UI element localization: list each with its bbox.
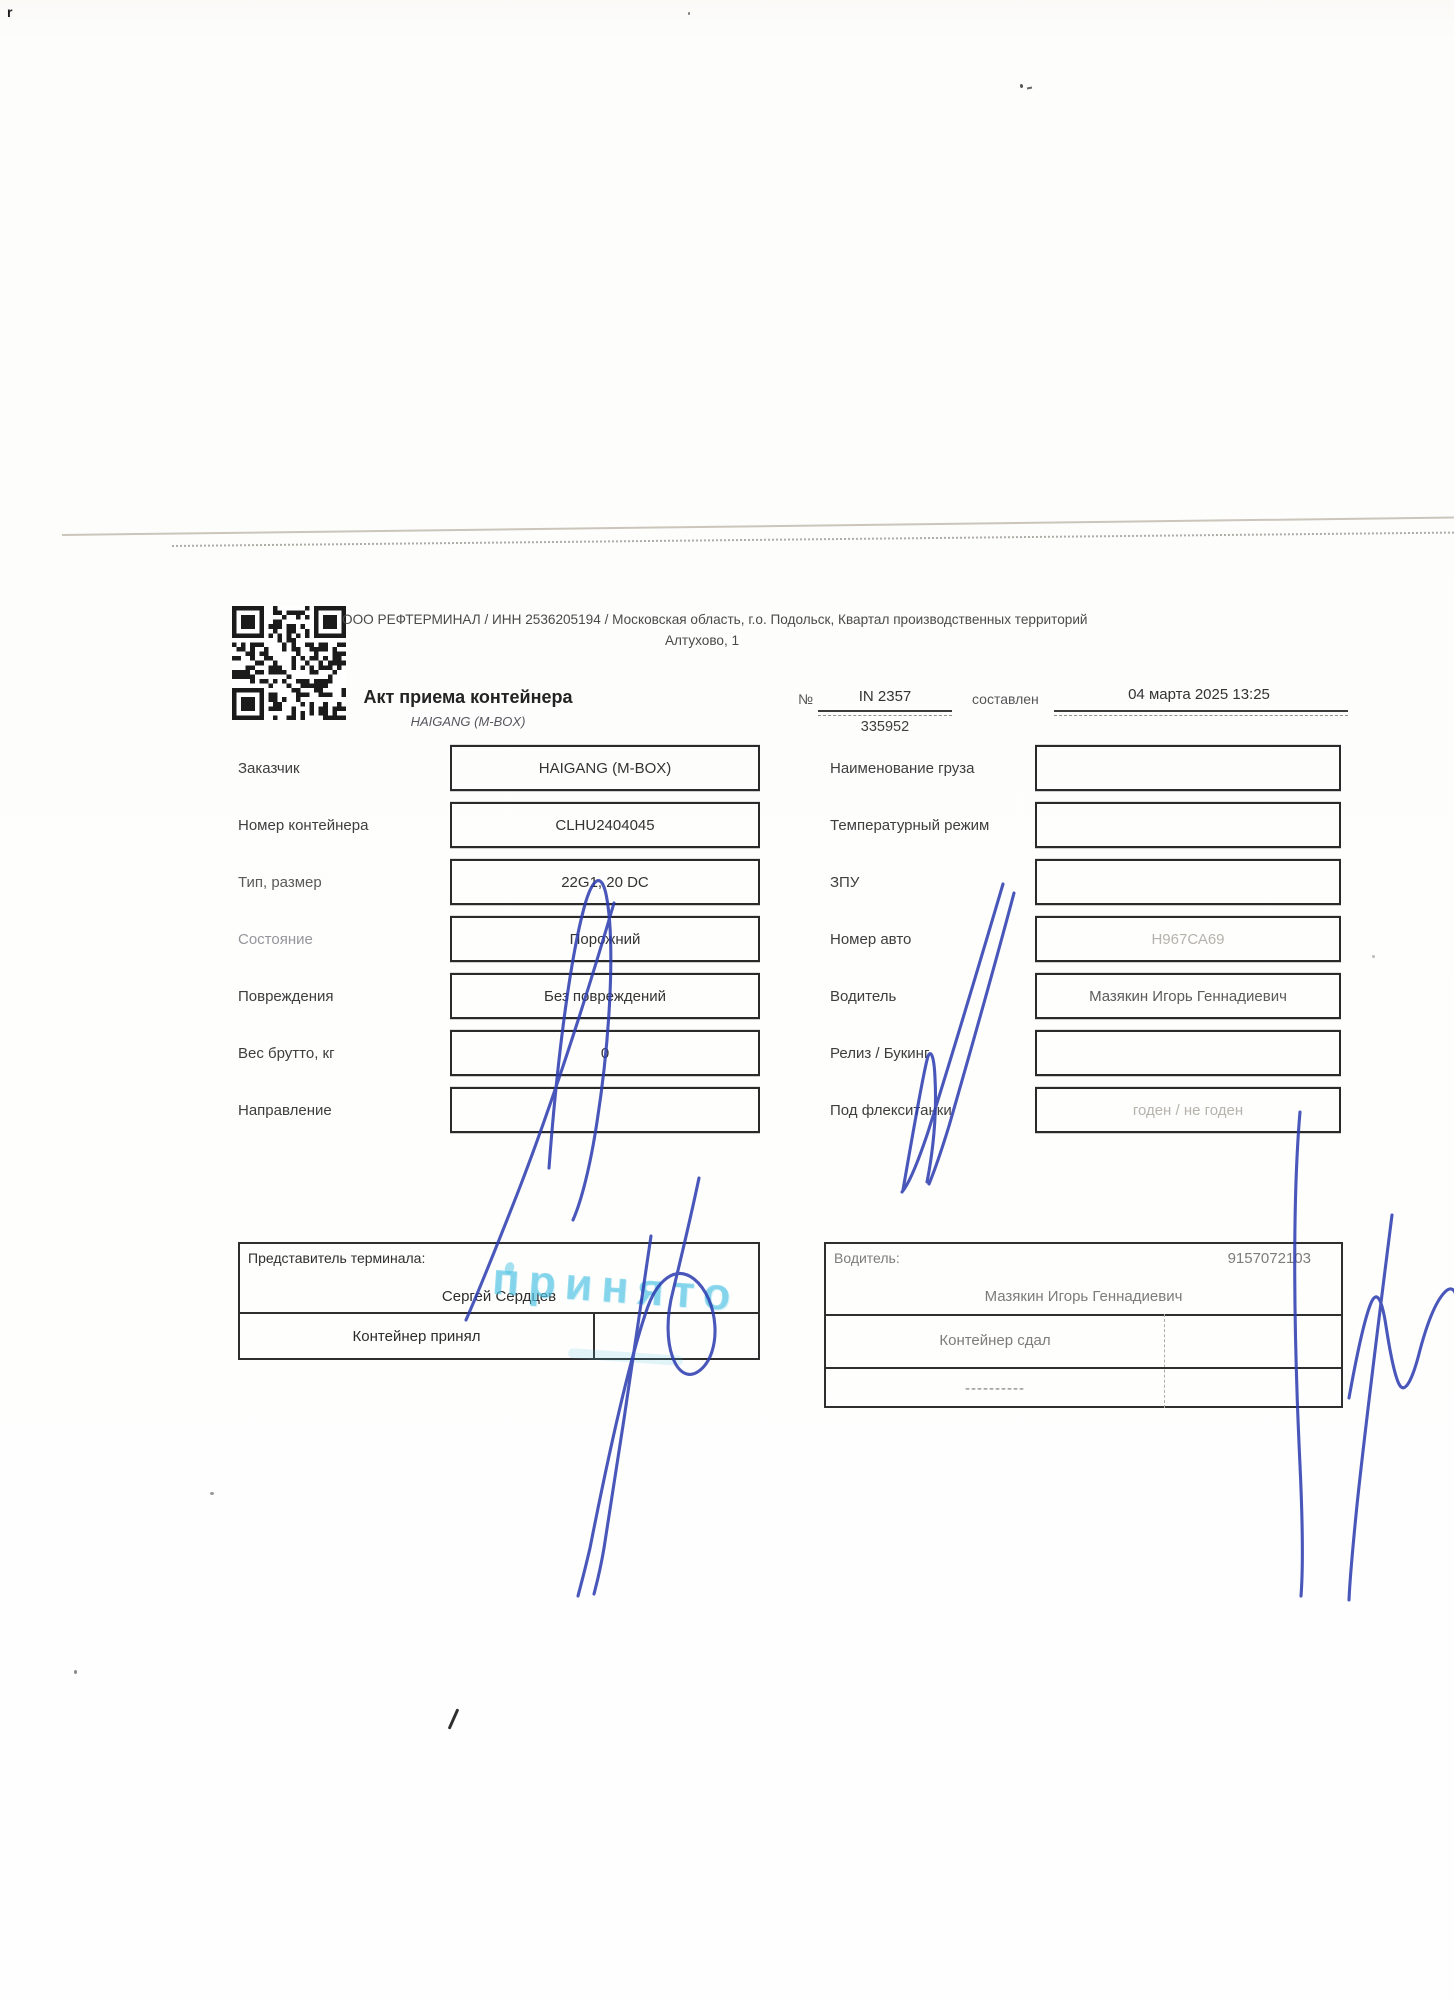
driver-title: Водитель: [834, 1250, 900, 1266]
pen-stray-mark [448, 1708, 460, 1729]
label-damages: Повреждения [238, 973, 334, 1019]
value-box-temperature-mode [1035, 802, 1341, 848]
value-flexitank: годен / не годен [1133, 1102, 1243, 1119]
value-box-release-booking [1035, 1030, 1341, 1076]
composed-label: составлен [972, 691, 1039, 707]
value-box-cargo-name [1035, 745, 1341, 791]
document-number-label: № [798, 691, 813, 707]
value-truck-number: Н967СА69 [1151, 931, 1224, 948]
scan-speck [74, 1670, 77, 1674]
driver-signature-table: Водитель: 9157072103 Мазякин Игорь Генна… [824, 1242, 1343, 1408]
value-box-seal [1035, 859, 1341, 905]
value-box-driver: Мазякин Игорь Геннадиевич [1035, 973, 1341, 1019]
label-gross-weight: Вес брутто, кг [238, 1030, 335, 1076]
table-divider-dashed [1164, 1314, 1165, 1408]
document-number-value: IN 2357 [822, 688, 948, 705]
label-driver: Водитель [830, 973, 896, 1019]
value-box-type-size: 22G1, 20 DC [450, 859, 760, 905]
label-release-booking: Релиз / Букинг [830, 1030, 929, 1076]
label-type-size: Тип, размер [238, 859, 322, 905]
container-handed-cell: Контейнер сдал [826, 1316, 1164, 1365]
terminal-signature-stroke [578, 1178, 715, 1596]
driver-signature-stroke [1349, 1215, 1392, 1600]
composed-date-underline [1054, 710, 1348, 716]
scanned-document: r ООО РЕФТЕРМИНАЛ / ИНН 2536205194 / Мос… [0, 0, 1454, 2000]
container-accepted-cell: Контейнер принял [240, 1314, 593, 1358]
label-cargo-name: Наименование груза [830, 745, 975, 791]
label-condition: Состояние [238, 916, 313, 962]
placeholder-dashes: ---------- [826, 1369, 1164, 1408]
value-type-size: 22G1, 20 DC [561, 874, 649, 891]
label-customer: Заказчик [238, 745, 300, 791]
company-header-line1: ООО РЕФТЕРМИНАЛ / ИНН 2536205194 / Моско… [342, 610, 1062, 630]
label-direction: Направление [238, 1087, 332, 1133]
value-damages: Без повреждений [544, 988, 666, 1005]
value-box-customer: HAIGANG (M-BOX) [450, 745, 760, 791]
value-box-direction [450, 1087, 760, 1133]
scan-speck [210, 1492, 214, 1495]
scan-speck [688, 12, 690, 15]
value-box-flexitank: годен / не годен [1035, 1087, 1341, 1133]
value-box-truck-number: Н967СА69 [1035, 916, 1341, 962]
paper-edge-dotted-line [172, 532, 1454, 547]
driver-signature-stroke [929, 893, 1014, 1184]
qr-code [232, 606, 346, 720]
number-underline [818, 710, 952, 716]
value-box-container-number: CLHU2404045 [450, 802, 760, 848]
value-condition: Порожний [570, 931, 641, 948]
value-box-condition: Порожний [450, 916, 760, 962]
label-temperature-mode: Температурный режим [830, 802, 989, 848]
label-seal: ЗПУ [830, 859, 859, 905]
scan-speck [1372, 955, 1375, 958]
driver-name: Мазякин Игорь Геннадиевич [826, 1288, 1341, 1305]
company-header-line2: Алтухово, 1 [342, 631, 1062, 651]
label-truck-number: Номер авто [830, 916, 911, 962]
value-customer: HAIGANG (M-BOX) [539, 760, 672, 777]
driver-phone: 9157072103 [1228, 1250, 1311, 1267]
scan-corner-mark: r [7, 4, 12, 20]
value-box-gross-weight: 0 [450, 1030, 760, 1076]
terminal-title: Представитель терминала: [248, 1250, 425, 1266]
value-container-number: CLHU2404045 [555, 817, 654, 834]
label-container-number: Номер контейнера [238, 802, 368, 848]
driver-signature-stroke [1349, 1289, 1454, 1398]
label-flexitank: Под флекситанки [830, 1087, 952, 1133]
document-number-sub: 335952 [822, 719, 948, 735]
value-gross-weight: 0 [601, 1045, 609, 1062]
scan-speck [1027, 87, 1032, 90]
value-driver: Мазякин Игорь Геннадиевич [1089, 988, 1287, 1005]
composed-date-value: 04 марта 2025 13:25 [1068, 686, 1330, 703]
document-subtitle: HAIGANG (M-BOX) [338, 714, 598, 729]
scan-speck [1020, 84, 1024, 89]
value-box-damages: Без повреждений [450, 973, 760, 1019]
document-title: Акт приема контейнера [338, 687, 598, 708]
